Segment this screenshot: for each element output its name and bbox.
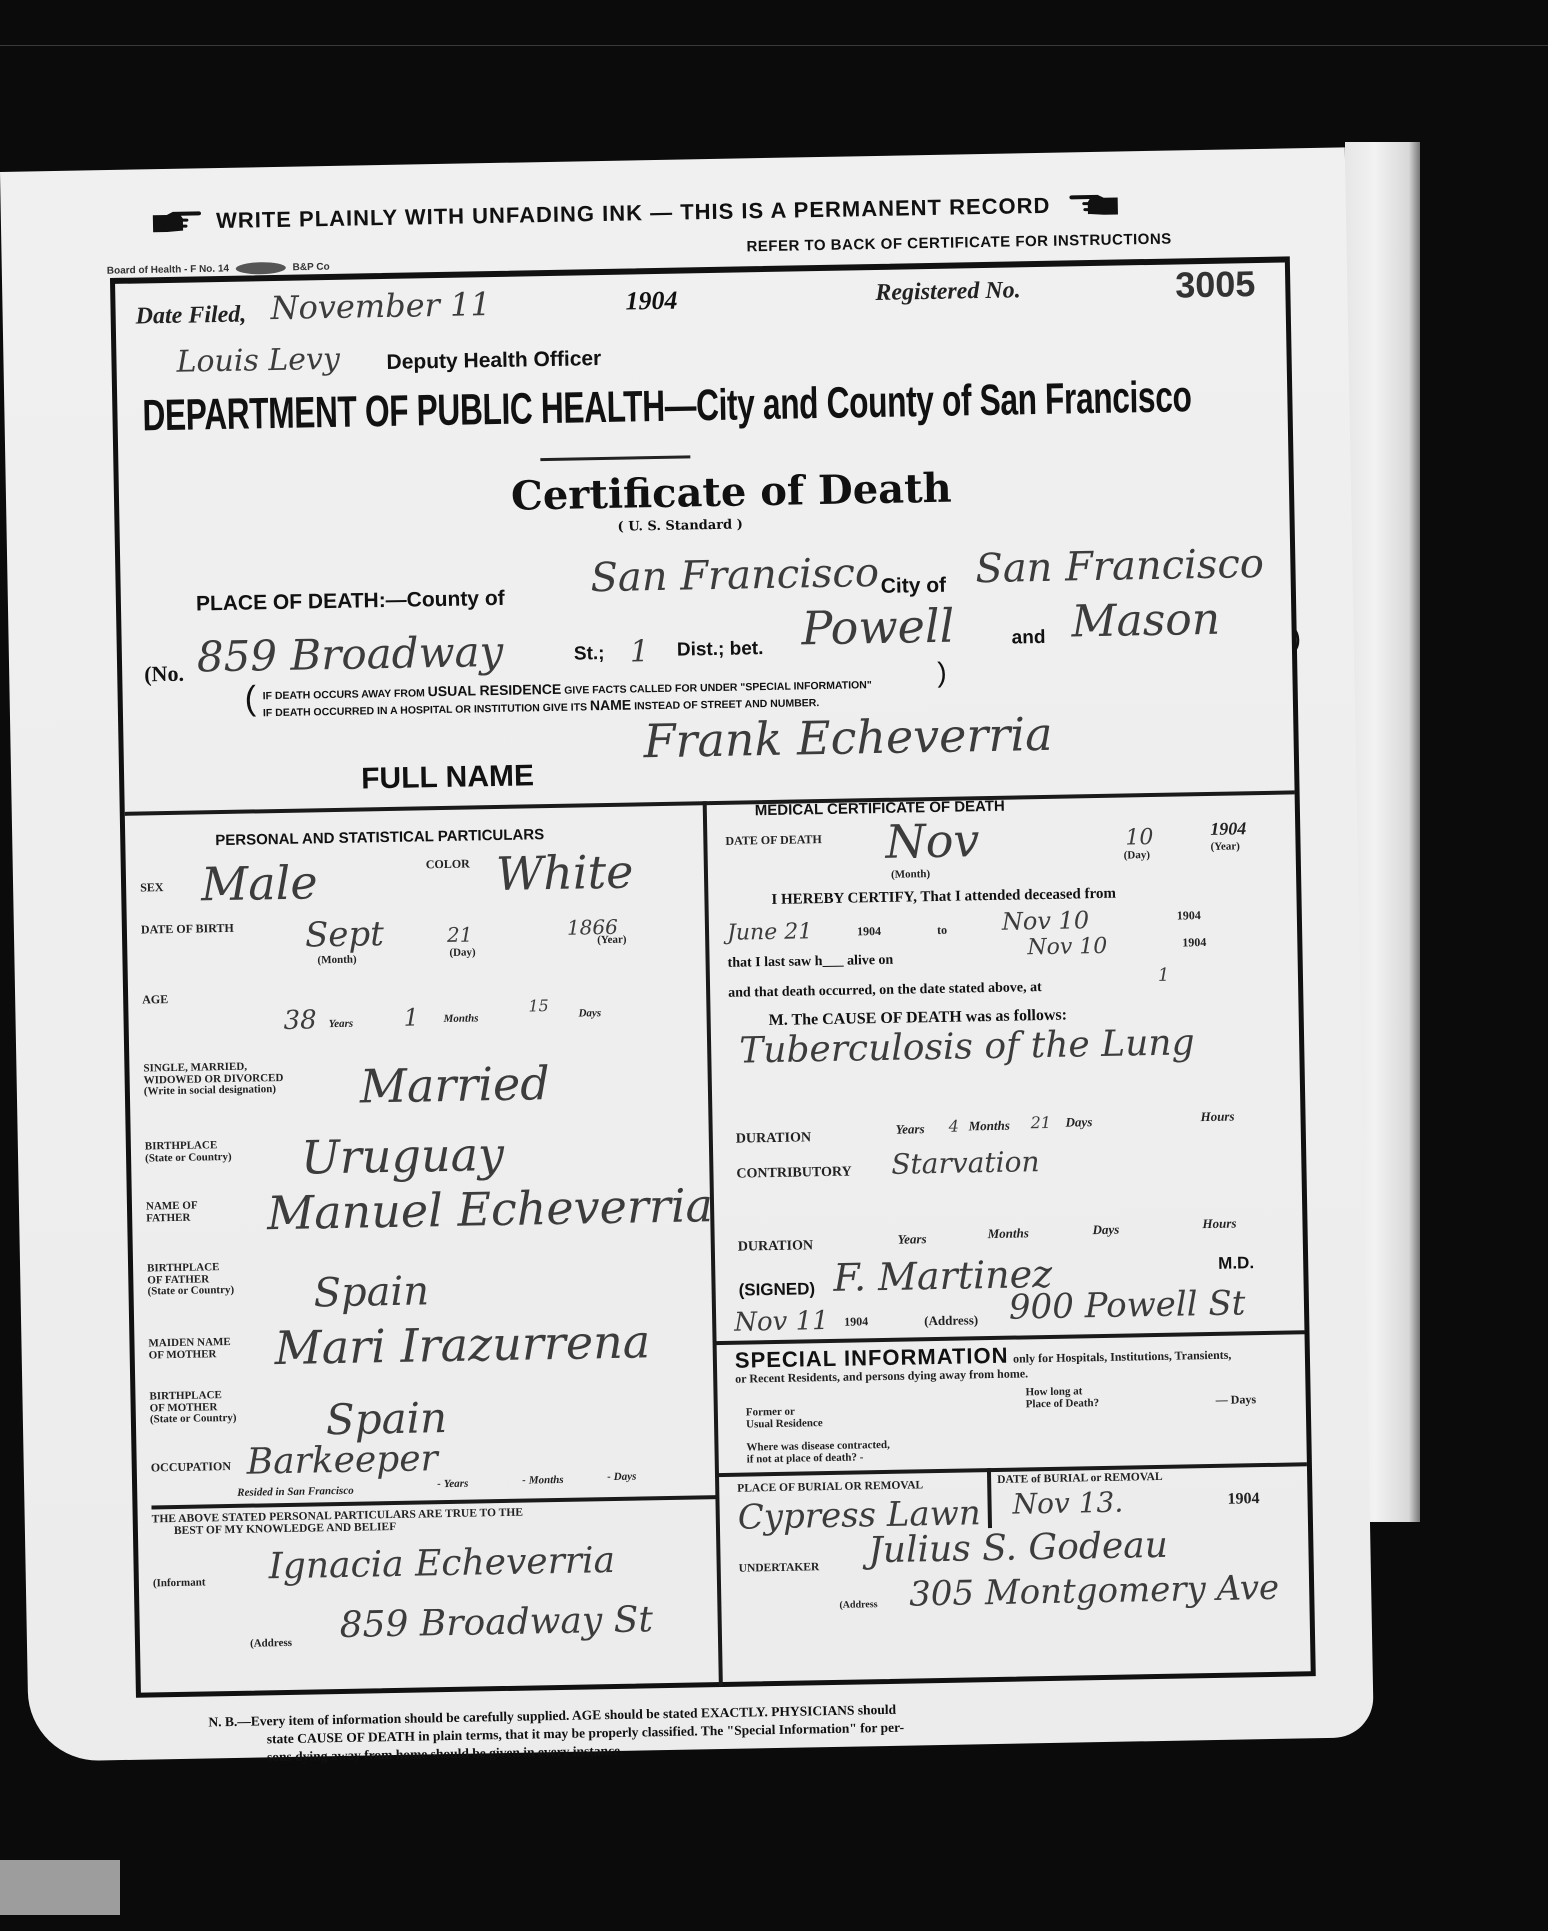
contracted-label: Where was disease contracted, if not at …	[746, 1440, 890, 1466]
and-label: and	[1012, 627, 1046, 650]
undertaker-label: UNDERTAKER	[739, 1561, 820, 1575]
age-years-label: Years	[329, 1018, 354, 1030]
informant-value: Ignacia Echeverria	[268, 1540, 615, 1587]
footnote: N. B.—Every item of information should b…	[208, 1694, 1269, 1768]
mother-name-label: MAIDEN NAME OF MOTHER	[148, 1337, 231, 1362]
resided-days: - Days	[607, 1471, 637, 1484]
occurred-time: 1	[1158, 965, 1170, 986]
contributory-label: CONTRIBUTORY	[736, 1166, 851, 1183]
duration2-days-label: Days	[1092, 1222, 1119, 1238]
duration2-label: DURATION	[738, 1239, 813, 1255]
death-certificate-sheet: WRITE PLAINLY WITH UNFADING INK — THIS I…	[0, 147, 1374, 1761]
attended-to: Nov 10	[1002, 906, 1090, 936]
last-saw-date: Nov 10	[1027, 934, 1107, 960]
dob-year-label: (Year)	[597, 935, 627, 947]
dod-day: 10	[1125, 825, 1153, 851]
attended-to-year: 1904	[1177, 909, 1201, 922]
age-label: AGE	[142, 993, 168, 1006]
age-months: 1	[403, 1003, 419, 1031]
marital-label: SINGLE, MARRIED, WIDOWED OR DIVORCED (Wr…	[143, 1061, 283, 1098]
date-filed-value: November 11	[270, 285, 491, 327]
dob-label: DATE OF BIRTH	[141, 922, 234, 936]
county-value: San Francisco	[590, 550, 879, 601]
certificate-title: Certificate of Death	[511, 465, 952, 520]
undertaker-value: Julius S. Godeau	[868, 1525, 1168, 1571]
burial-date-year: 1904	[1227, 1491, 1259, 1508]
refer-instructions: REFER TO BACK OF CERTIFICATE FOR INSTRUC…	[746, 231, 1172, 256]
duration-label: DURATION	[736, 1131, 811, 1147]
to-label: to	[937, 924, 947, 937]
registered-no-label: Registered No.	[875, 277, 1021, 307]
paper-scrap	[0, 1860, 120, 1915]
pointing-hand-icon	[151, 210, 203, 235]
printer-name: B&P Co	[293, 262, 330, 274]
dob-day-label: (Day)	[449, 947, 475, 959]
duration-months-label: Months	[969, 1118, 1010, 1135]
attended-from: June 21	[727, 919, 813, 946]
contributory-value: Starvation	[891, 1145, 1040, 1181]
printer-seal-icon	[236, 262, 286, 275]
dod-month-label: (Month)	[891, 869, 930, 881]
dod-month: Nov	[885, 813, 980, 869]
burial-date-value: Nov 13.	[1012, 1486, 1123, 1521]
certificate-subtitle: ( U. S. Standard )	[617, 517, 743, 534]
full-name-label: FULL NAME	[361, 759, 534, 796]
column-divider	[703, 801, 723, 1686]
marital-value: Married	[359, 1056, 550, 1113]
color-value: White	[495, 845, 633, 902]
duration2-hours-label: Hours	[1202, 1216, 1236, 1233]
officer-signature: Louis Levy	[176, 342, 340, 380]
full-name-value: Frank Echeverria	[643, 707, 1053, 768]
sex-label: SEX	[140, 881, 164, 894]
pointing-hand-left-icon	[1067, 194, 1119, 219]
cross-street-1: Powell	[801, 599, 955, 656]
duration2-months-label: Months	[987, 1225, 1028, 1242]
age-days: 15	[528, 996, 549, 1015]
special-info-subheading: or Recent Residents, and persons dying a…	[735, 1367, 1028, 1385]
department-title: DEPARTMENT OF PUBLIC HEALTH—City and Cou…	[142, 372, 1192, 441]
dod-year-label: (Year)	[1210, 841, 1240, 853]
burial-place-label: PLACE OF BURIAL OR REMOVAL	[737, 1479, 923, 1494]
physician-address-value: 900 Powell St	[1009, 1283, 1246, 1327]
section-divider	[125, 790, 1295, 815]
color-label: COLOR	[426, 858, 470, 871]
dod-year: 1904	[1210, 818, 1246, 840]
burial-date-label: DATE of BURIAL or REMOVAL	[997, 1471, 1163, 1486]
duration-years-label: Years	[896, 1121, 925, 1138]
paren-open: (	[244, 679, 256, 718]
attest-text: THE ABOVE STATED PERSONAL PARTICULARS AR…	[152, 1507, 524, 1538]
undertaker-address-label: (Address	[839, 1600, 877, 1611]
dob-day: 21	[447, 922, 473, 946]
md-label: M.D.	[1218, 1253, 1254, 1274]
resided-label: Resided in San Francisco	[237, 1485, 354, 1499]
paren-close-note: )	[937, 657, 947, 689]
duration-days-label: Days	[1065, 1114, 1092, 1130]
date-filed-year: 1904	[625, 286, 678, 317]
city-value: San Francisco	[975, 541, 1264, 592]
ink-warning-banner: WRITE PLAINLY WITH UNFADING INK — THIS I…	[151, 189, 1231, 235]
father-name-label: NAME OF FATHER	[146, 1201, 198, 1225]
officer-title: Deputy Health Officer	[386, 347, 601, 375]
age-years: 38	[283, 1005, 317, 1036]
informant-label: (Informant	[153, 1577, 206, 1590]
mother-birthplace-label: BIRTHPLACE OF MOTHER (State or Country)	[149, 1390, 236, 1426]
dob-month: Sept	[305, 914, 385, 955]
signed-label: (SIGNED)	[738, 1279, 815, 1300]
age-months-label: Months	[443, 1012, 478, 1025]
place-of-death-label: PLACE OF DEATH:—County of	[196, 587, 505, 617]
mother-birthplace-value: Spain	[325, 1393, 447, 1444]
banner-text: WRITE PLAINLY WITH UNFADING INK — THIS I…	[216, 193, 1051, 233]
street-no-label: (No.	[144, 661, 184, 688]
how-long-value: — Days	[1216, 1393, 1257, 1406]
mother-name-value: Mari Irazurrena	[274, 1314, 650, 1375]
dist-label: Dist.; bet.	[677, 638, 764, 662]
title-divider	[540, 455, 690, 461]
last-saw-year: 1904	[1182, 936, 1206, 949]
duration2-years-label: Years	[898, 1231, 927, 1248]
duration-hours-label: Hours	[1200, 1109, 1234, 1126]
father-birthplace-value: Spain	[313, 1268, 429, 1316]
scan-background-edge	[0, 0, 1548, 46]
informant-address-value: 859 Broadway St	[339, 1599, 653, 1646]
personal-section-title: PERSONAL AND STATISTICAL PARTICULARS	[215, 826, 544, 849]
birthplace-label: BIRTHPLACE (State or Country)	[145, 1140, 232, 1165]
duration-days: 21	[1030, 1113, 1051, 1132]
date-filed-label: Date Filed,	[135, 302, 246, 331]
former-residence-label: Former or Usual Residence	[746, 1406, 823, 1430]
sex-value: Male	[201, 855, 318, 911]
certificate-frame: Date Filed, November 11 1904 Registered …	[110, 256, 1316, 1697]
burial-column-divider	[987, 1468, 992, 1528]
cross-street-2: Mason	[1071, 594, 1221, 648]
signed-date: Nov 11	[734, 1306, 829, 1338]
father-name-value: Manuel Echeverria	[267, 1178, 714, 1240]
occupation-value: Barkeeper	[246, 1438, 438, 1482]
dod-label: DATE OF DEATH	[725, 833, 822, 847]
how-long-label: How long at Place of Death?	[1025, 1386, 1099, 1410]
registered-no-value: 3005	[1175, 263, 1256, 306]
last-saw-text: that I last saw h___ alive on	[727, 953, 893, 972]
father-birthplace-label: BIRTHPLACE OF FATHER (State or Country)	[147, 1262, 234, 1298]
dist-value: 1	[630, 634, 650, 669]
form-number: Board of Health - F No. 14	[107, 263, 229, 276]
paren-close: )	[1291, 622, 1301, 654]
birthplace-value: Uruguay	[301, 1127, 505, 1185]
duration-months: 4	[948, 1117, 959, 1136]
informant-address-label: (Address	[250, 1638, 292, 1650]
occupation-label: OCCUPATION	[151, 1460, 231, 1474]
age-days-label: Days	[578, 1007, 601, 1019]
dob-month-label: (Month)	[317, 955, 356, 967]
certify-text: I HEREBY CERTIFY, That I attended deceas…	[771, 886, 1116, 909]
resided-months: - Months	[522, 1474, 564, 1487]
st-label: St.;	[574, 643, 605, 666]
signed-year: 1904	[844, 1315, 868, 1328]
resided-years: - Years	[437, 1478, 468, 1491]
attended-from-year: 1904	[857, 925, 881, 938]
street-address-value: 859 Broadway	[196, 627, 503, 682]
cause-value: Tuberculosis of the Lung	[739, 1022, 1195, 1071]
dod-day-label: (Day)	[1124, 850, 1150, 862]
physician-address-label: (Address)	[924, 1313, 978, 1328]
occurred-text: and that death occurred, on the date sta…	[728, 980, 1042, 1002]
undertaker-address-value: 305 Montgomery Ave	[909, 1568, 1280, 1615]
city-label: City of	[881, 574, 947, 599]
